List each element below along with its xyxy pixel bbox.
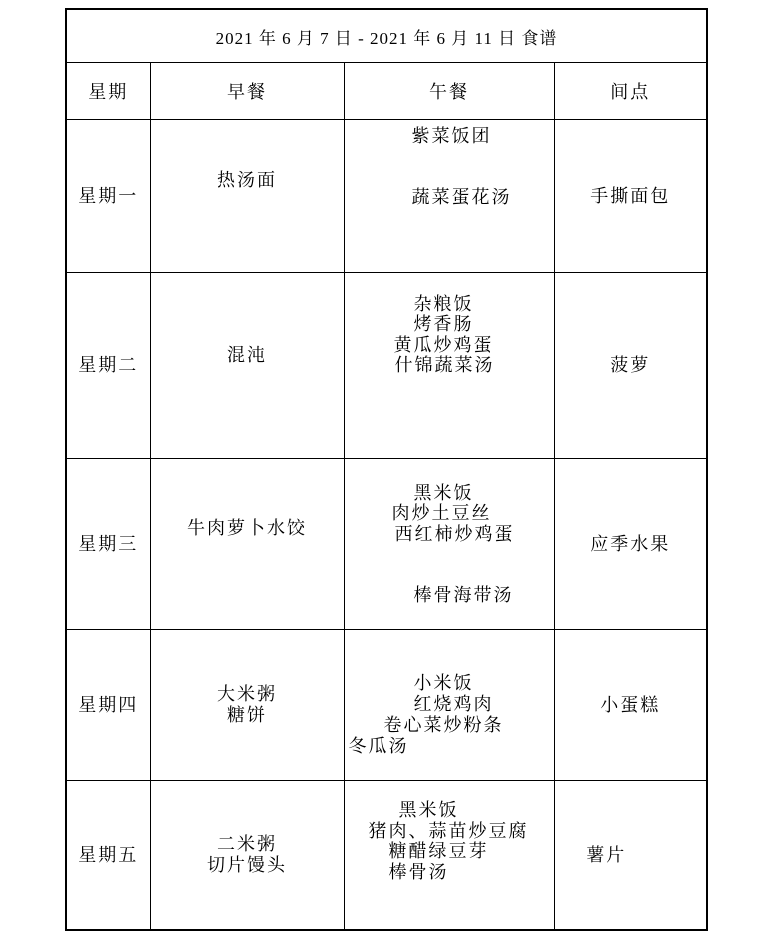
- meal-line: 蔬菜蛋花汤: [345, 182, 554, 213]
- row-tuesday: 星期二 混沌 杂粮饭 烤香肠 黄瓜炒鸡蛋 什锦蔬菜汤 菠萝: [66, 273, 707, 459]
- day-cell-wednesday: 星期三: [66, 459, 150, 630]
- snack-cell-friday: 薯片: [554, 781, 707, 931]
- meal-line: 猪肉、蒜苗炒豆腐: [345, 821, 554, 842]
- snack-cell-wednesday: 应季水果: [554, 459, 707, 630]
- meal-line: 糖醋绿豆芽: [345, 841, 554, 862]
- header-breakfast: 早餐: [150, 63, 344, 120]
- meal-line: 黄瓜炒鸡蛋: [345, 335, 554, 356]
- day-label: 星期三: [67, 534, 150, 555]
- breakfast-cell-wednesday: 牛肉萝卜水饺: [150, 459, 344, 630]
- breakfast-cell-friday: 二米粥 切片馒头: [150, 781, 344, 931]
- meal-line: 混沌: [151, 345, 344, 366]
- header-lunch: 午餐: [344, 63, 554, 120]
- day-label: 星期二: [67, 355, 150, 376]
- meal-line: 黑米饭: [345, 483, 554, 504]
- breakfast-cell-thursday: 大米粥 糖饼: [150, 630, 344, 781]
- header-week: 星期: [66, 63, 150, 120]
- meal-line: 牛肉萝卜水饺: [151, 518, 344, 539]
- document-title: 2021 年 6 月 7 日 - 2021 年 6 月 11 日 食谱: [66, 9, 707, 63]
- meal-line: 杂粮饭: [345, 294, 554, 315]
- document-page: 2021 年 6 月 7 日 - 2021 年 6 月 11 日 食谱 星期 早…: [0, 0, 769, 933]
- meal-line: 小蛋糕: [555, 695, 707, 716]
- meal-line: 应季水果: [555, 534, 707, 555]
- meal-line: 糖饼: [151, 705, 344, 726]
- header-snack: 间点: [554, 63, 707, 120]
- meal-line: 热汤面: [151, 165, 344, 196]
- day-label: 星期五: [67, 845, 150, 866]
- meal-line: 冬瓜汤: [345, 736, 554, 757]
- meal-line: 红烧鸡肉: [345, 694, 554, 715]
- blank-line: [345, 544, 554, 565]
- meal-line: 二米粥: [151, 834, 344, 855]
- meal-line: 大米粥: [151, 684, 344, 705]
- meal-line: 菠萝: [555, 355, 707, 376]
- day-cell-tuesday: 星期二: [66, 273, 150, 459]
- lunch-cell-friday: 黑米饭 猪肉、蒜苗炒豆腐 糖醋绿豆芽 棒骨汤: [344, 781, 554, 931]
- meal-line: 棒骨汤: [345, 862, 554, 883]
- meal-line: 烤香肠: [345, 314, 554, 335]
- day-label: 星期四: [67, 695, 150, 716]
- header-row: 星期 早餐 午餐 间点: [66, 63, 707, 120]
- lunch-cell-tuesday: 杂粮饭 烤香肠 黄瓜炒鸡蛋 什锦蔬菜汤: [344, 273, 554, 459]
- meal-line: 棒骨海带汤: [345, 585, 554, 606]
- meal-line: 小米饭: [345, 673, 554, 694]
- day-cell-thursday: 星期四: [66, 630, 150, 781]
- row-wednesday: 星期三 牛肉萝卜水饺 黑米饭 肉炒土豆丝 西红柿炒鸡蛋 棒骨海带汤 应季水果: [66, 459, 707, 630]
- meal-line: 西红柿炒鸡蛋: [345, 524, 554, 545]
- snack-cell-monday: 手撕面包: [554, 120, 707, 273]
- meal-line: 切片馒头: [151, 855, 344, 876]
- meal-line: 紫菜饭团: [345, 121, 554, 152]
- lunch-cell-thursday: 小米饭 红烧鸡肉 卷心菜炒粉条 冬瓜汤: [344, 630, 554, 781]
- title-row: 2021 年 6 月 7 日 - 2021 年 6 月 11 日 食谱: [66, 9, 707, 63]
- meal-line: 卷心菜炒粉条: [345, 715, 554, 736]
- row-monday: 星期一 热汤面 紫菜饭团 蔬菜蛋花汤 手撕面包: [66, 120, 707, 273]
- blank-line: [345, 565, 554, 586]
- breakfast-cell-tuesday: 混沌: [150, 273, 344, 459]
- meal-line: 手撕面包: [555, 186, 707, 207]
- lunch-cell-monday: 紫菜饭团 蔬菜蛋花汤: [344, 120, 554, 273]
- snack-cell-tuesday: 菠萝: [554, 273, 707, 459]
- row-thursday: 星期四 大米粥 糖饼 小米饭 红烧鸡肉 卷心菜炒粉条 冬瓜汤 小蛋糕: [66, 630, 707, 781]
- meal-line: 薯片: [531, 845, 683, 866]
- meal-line: 黑米饭: [345, 800, 554, 821]
- meal-line: 什锦蔬菜汤: [345, 355, 554, 376]
- blank-line: [345, 152, 554, 183]
- day-cell-monday: 星期一: [66, 120, 150, 273]
- lunch-cell-wednesday: 黑米饭 肉炒土豆丝 西红柿炒鸡蛋 棒骨海带汤: [344, 459, 554, 630]
- meal-line: 肉炒土豆丝: [345, 503, 554, 524]
- snack-cell-thursday: 小蛋糕: [554, 630, 707, 781]
- row-friday: 星期五 二米粥 切片馒头 黑米饭 猪肉、蒜苗炒豆腐 糖醋绿豆芽 棒骨汤 薯片: [66, 781, 707, 931]
- menu-table: 2021 年 6 月 7 日 - 2021 年 6 月 11 日 食谱 星期 早…: [65, 8, 708, 931]
- breakfast-cell-monday: 热汤面: [150, 120, 344, 273]
- day-label: 星期一: [67, 186, 150, 207]
- day-cell-friday: 星期五: [66, 781, 150, 931]
